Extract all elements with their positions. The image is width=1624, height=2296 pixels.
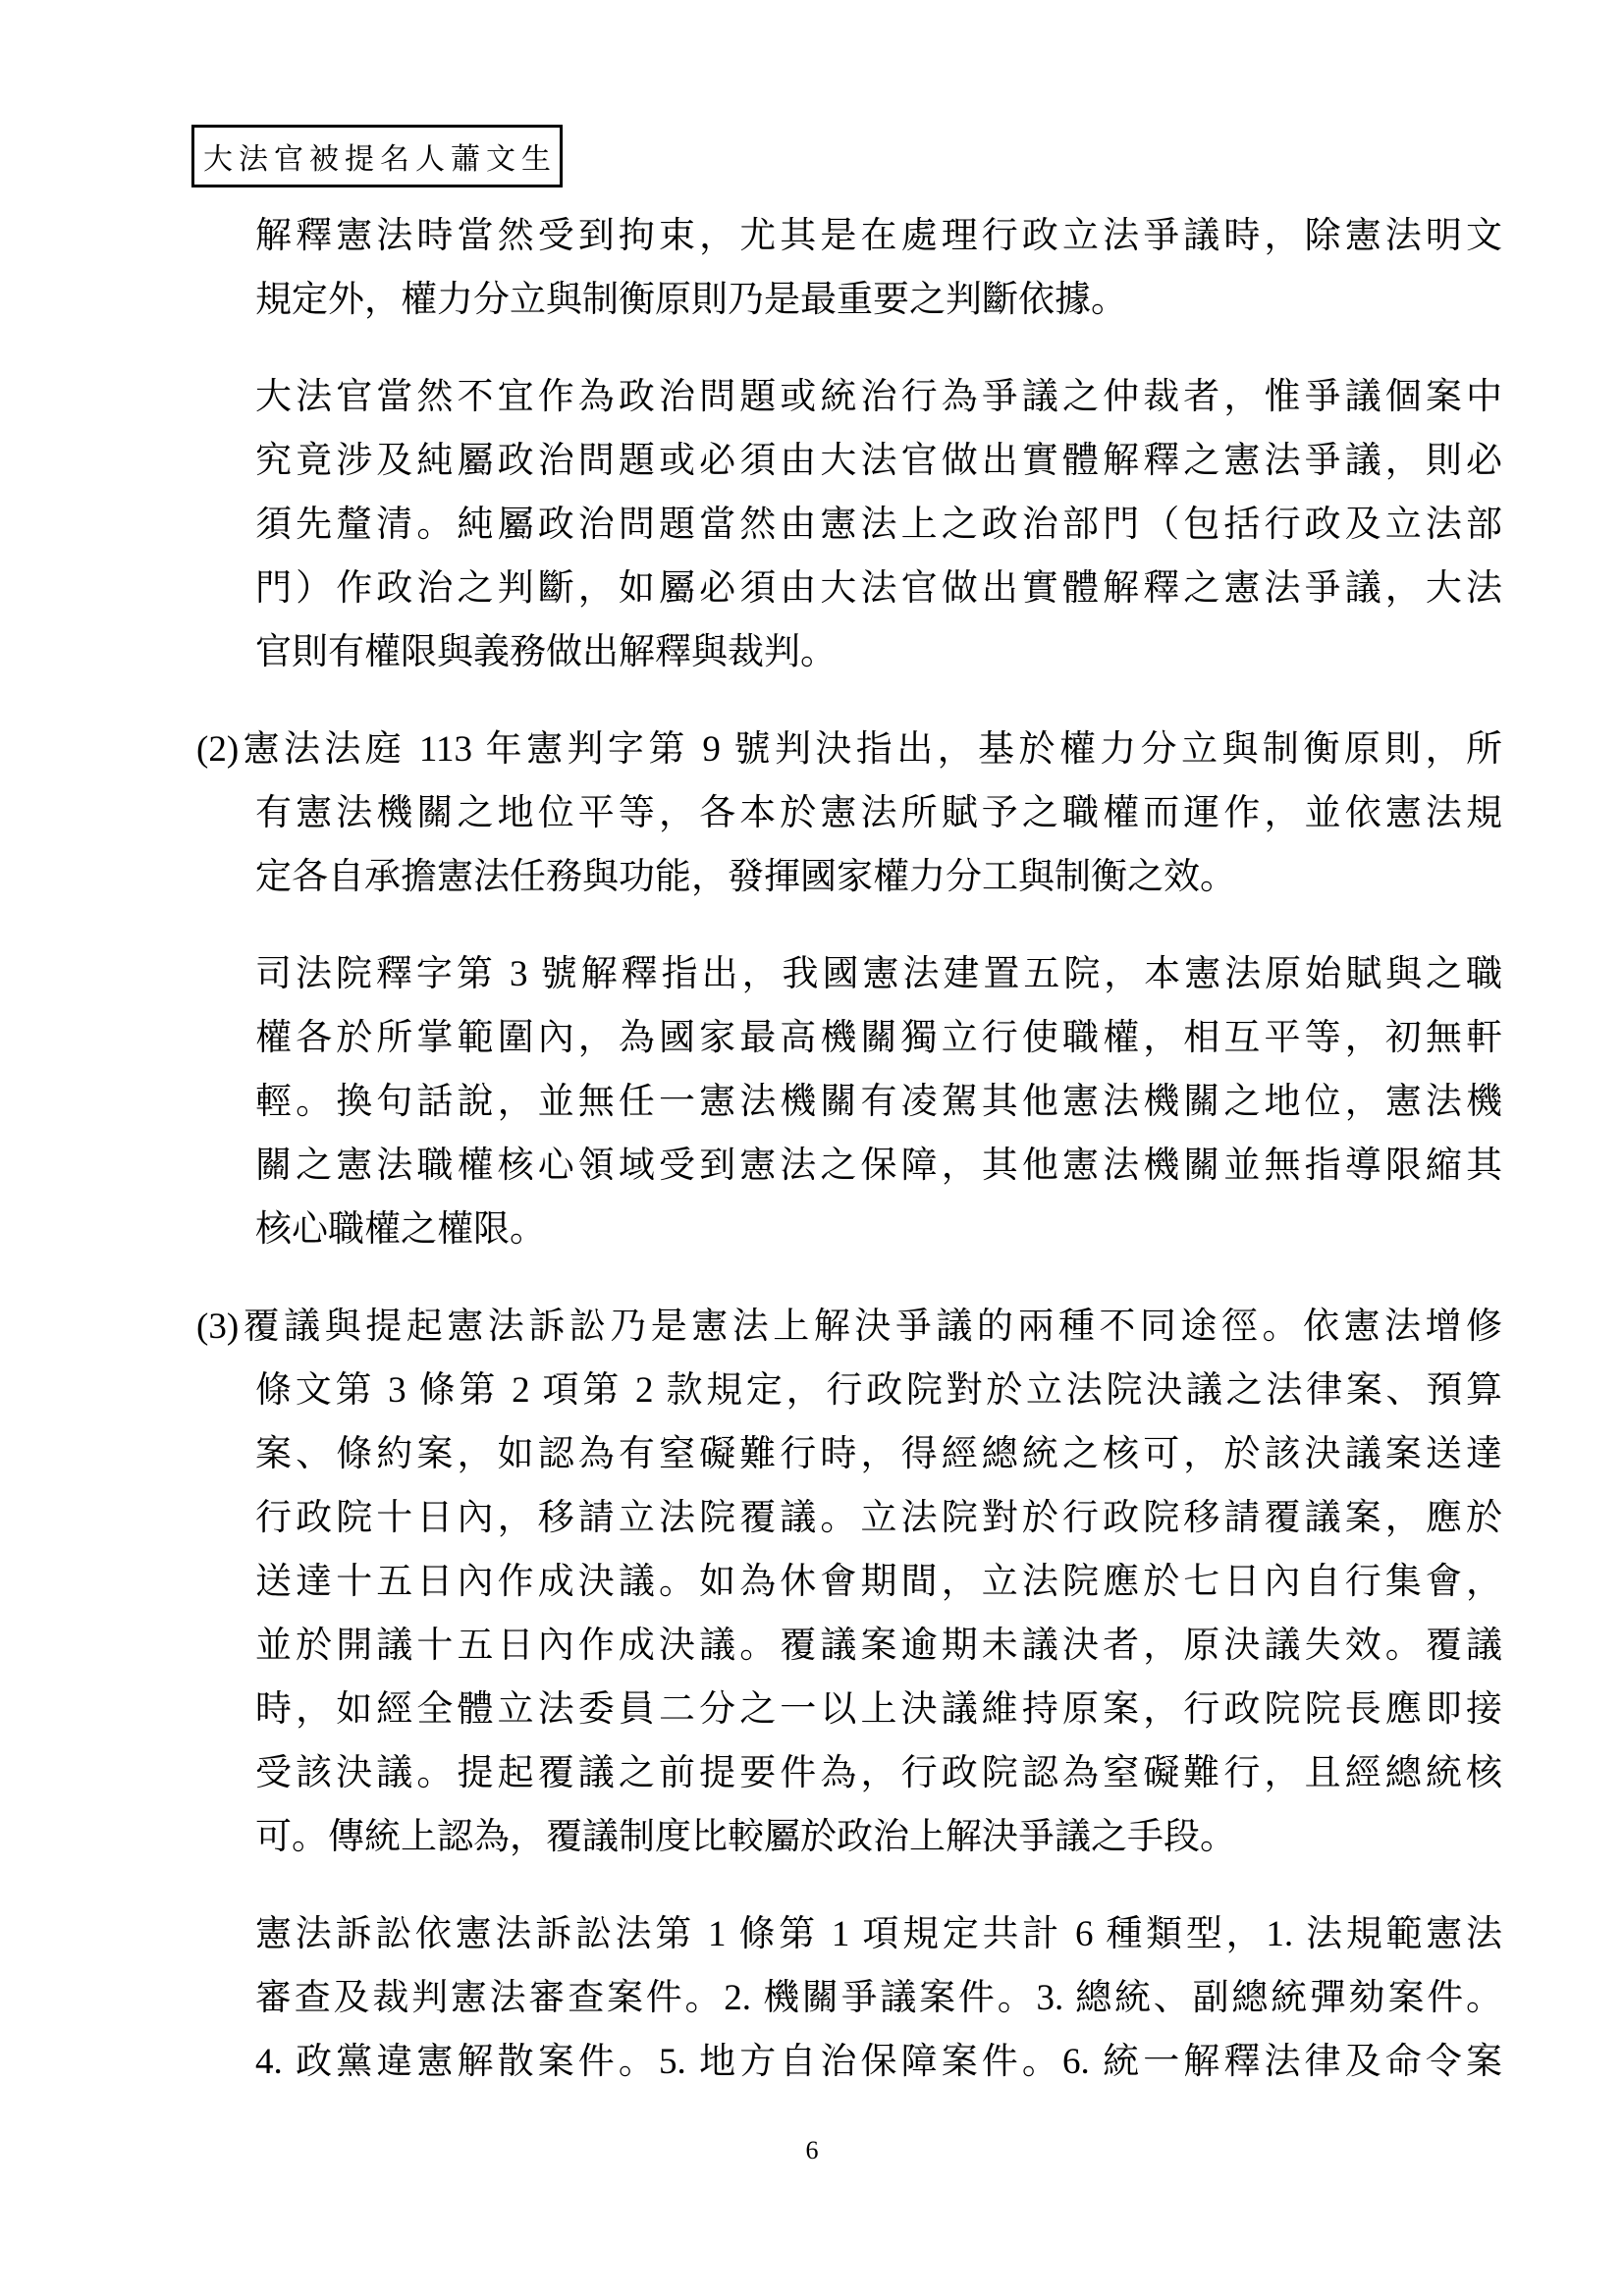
nominee-header-label: 大法官被提名人蕭文生 <box>203 134 557 178</box>
numbered-item: (3)覆議與提起憲法訴訟乃是憲法上解決爭議的兩種不同途徑。依憲法增修條文第 3 … <box>196 1295 1502 1869</box>
document-page: 大法官被提名人蕭文生 解釋憲法時當然受到拘束，尤其是在處理行政立法爭議時，除憲法… <box>0 0 1624 2296</box>
text-line: 並於開議十五日內作成決議。覆議案逾期未議決者，原決議失效。覆議 <box>255 1614 1502 1678</box>
text-line: 輕。換句話說，並無任一憲法機關有凌駕其他憲法機關之地位，憲法機 <box>255 1070 1502 1134</box>
numbered-item: (2)憲法法庭 113 年憲判字第 9 號判決指出，基於權力分立與制衡原則，所有… <box>196 718 1502 909</box>
document-body: 解釋憲法時當然受到拘束，尤其是在處理行政立法爭議時，除憲法明文規定外，權力分立與… <box>196 204 1502 2094</box>
text-line-content: 憲法法庭 113 年憲判字第 9 號判決指出，基於權力分立與制衡原則，所 <box>239 729 1502 770</box>
nominee-header-box: 大法官被提名人蕭文生 <box>191 125 563 187</box>
paragraph: 司法院釋字第 3 號解釋指出，我國憲法建置五院，本憲法原始賦與之職權各於所掌範圍… <box>196 942 1502 1261</box>
text-line: 審查及裁判憲法審查案件。2. 機關爭議案件。3. 總統、副總統彈劾案件。 <box>255 1966 1502 2030</box>
item-marker: (2) <box>196 729 239 770</box>
text-line: 行政院十日內，移請立法院覆議。立法院對於行政院移請覆議案，應於 <box>255 1486 1502 1550</box>
paragraph: 憲法訴訟依憲法訴訟法第 1 條第 1 項規定共計 6 種類型，1. 法規範憲法審… <box>196 1902 1502 2094</box>
text-line: 須先釐清。純屬政治問題當然由憲法上之政治部門（包括行政及立法部 <box>255 493 1502 557</box>
item-marker: (3) <box>196 1307 239 1347</box>
text-line: 可。傳統上認為，覆議制度比較屬於政治上解決爭議之手段。 <box>255 1805 1502 1869</box>
text-line: 有憲法機關之地位平等，各本於憲法所賦予之職權而運作，並依憲法規 <box>255 781 1502 845</box>
text-line-content: 覆議與提起憲法訴訟乃是憲法上解決爭議的兩種不同途徑。依憲法增修 <box>239 1307 1502 1347</box>
text-line: 關之憲法職權核心領域受到憲法之保障，其他憲法機關並無指導限縮其 <box>255 1134 1502 1198</box>
paragraph: 大法官當然不宜作為政治問題或統治行為爭議之仲裁者，惟爭議個案中究竟涉及純屬政治問… <box>196 365 1502 684</box>
text-line: 定各自承擔憲法任務與功能，發揮國家權力分工與制衡之效。 <box>255 845 1502 909</box>
page-number: 6 <box>0 2136 1624 2165</box>
text-line: 司法院釋字第 3 號解釋指出，我國憲法建置五院，本憲法原始賦與之職 <box>255 942 1502 1006</box>
text-line: 4. 政黨違憲解散案件。5. 地方自治保障案件。6. 統一解釋法律及命令案 <box>255 2030 1502 2094</box>
text-line: 送達十五日內作成決議。如為休會期間，立法院應於七日內自行集會， <box>255 1550 1502 1614</box>
text-line: 官則有權限與義務做出解釋與裁判。 <box>255 620 1502 684</box>
text-line: (2)憲法法庭 113 年憲判字第 9 號判決指出，基於權力分立與制衡原則，所 <box>196 718 1502 781</box>
text-line: 解釋憲法時當然受到拘束，尤其是在處理行政立法爭議時，除憲法明文 <box>255 204 1502 268</box>
text-line: 條文第 3 條第 2 項第 2 款規定，行政院對於立法院決議之法律案、預算 <box>255 1359 1502 1422</box>
text-line: 大法官當然不宜作為政治問題或統治行為爭議之仲裁者，惟爭議個案中 <box>255 365 1502 429</box>
text-line: 案、條約案，如認為有窒礙難行時，得經總統之核可，於該決議案送達 <box>255 1422 1502 1486</box>
text-line: 門）作政治之判斷，如屬必須由大法官做出實體解釋之憲法爭議，大法 <box>255 557 1502 620</box>
text-line: 究竟涉及純屬政治問題或必須由大法官做出實體解釋之憲法爭議，則必 <box>255 429 1502 493</box>
text-line: 受該決議。提起覆議之前提要件為，行政院認為窒礙難行，且經總統核 <box>255 1741 1502 1805</box>
text-line: 核心職權之權限。 <box>255 1198 1502 1261</box>
text-line: 憲法訴訟依憲法訴訟法第 1 條第 1 項規定共計 6 種類型，1. 法規範憲法 <box>255 1902 1502 1966</box>
text-line: 規定外，權力分立與制衡原則乃是最重要之判斷依據。 <box>255 268 1502 332</box>
text-line: 權各於所掌範圍內，為國家最高機關獨立行使職權，相互平等，初無軒 <box>255 1006 1502 1070</box>
paragraph: 解釋憲法時當然受到拘束，尤其是在處理行政立法爭議時，除憲法明文規定外，權力分立與… <box>196 204 1502 332</box>
text-line: 時，如經全體立法委員二分之一以上決議維持原案，行政院院長應即接 <box>255 1678 1502 1741</box>
text-line: (3)覆議與提起憲法訴訟乃是憲法上解決爭議的兩種不同途徑。依憲法增修 <box>196 1295 1502 1359</box>
